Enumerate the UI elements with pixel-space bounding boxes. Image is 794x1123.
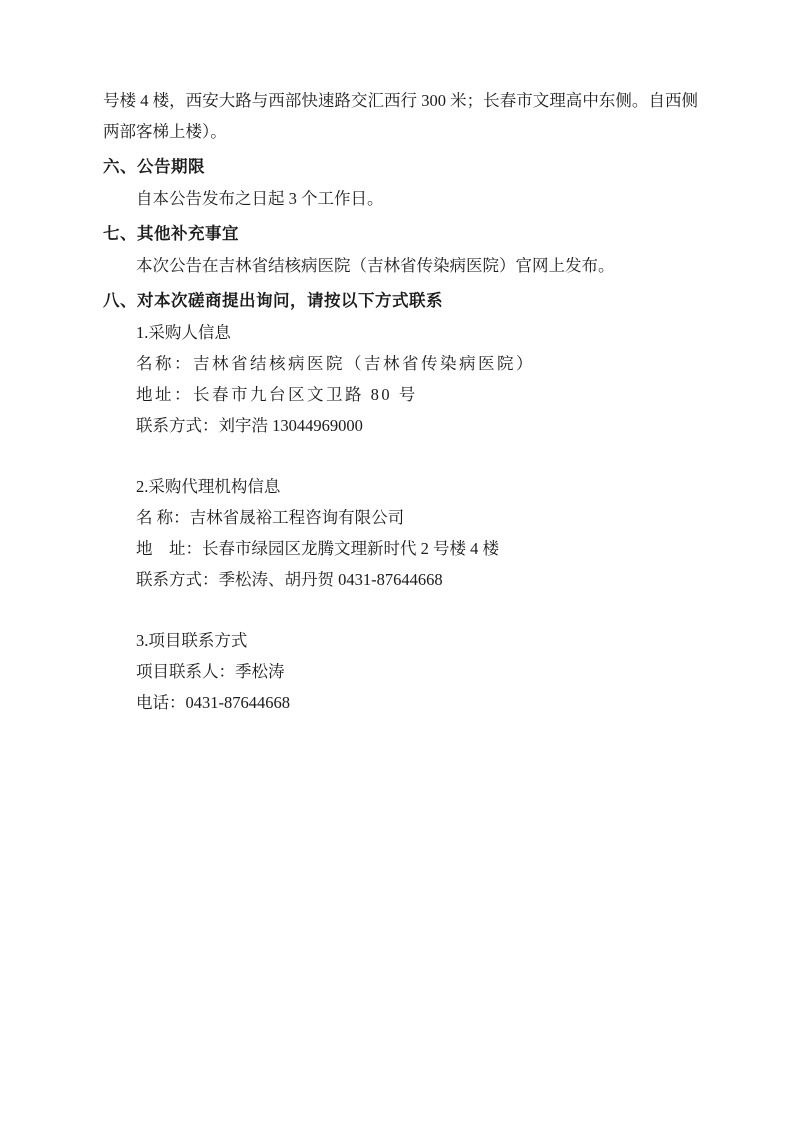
paragraph-announcement-period: 自本公告发布之日起 3 个工作日。 bbox=[103, 183, 698, 214]
blank-line bbox=[103, 595, 698, 625]
document-page: 号楼 4 楼，西安大路与西部快速路交汇西行 300 米；长春市文理高中东侧。自西… bbox=[0, 0, 794, 1123]
agency-name: 名 称：吉林省晟裕工程咨询有限公司 bbox=[103, 502, 698, 533]
agency-info-title: 2.采购代理机构信息 bbox=[103, 471, 698, 502]
heading-section-6-announcement-period: 六、公告期限 bbox=[103, 152, 698, 183]
project-contact-person: 项目联系人：季松涛 bbox=[103, 656, 698, 687]
project-contact-phone: 电话：0431-87644668 bbox=[103, 687, 698, 718]
purchaser-address: 地址：长春市九台区文卫路 80 号 bbox=[103, 379, 698, 410]
heading-section-8-contact-methods: 八、对本次磋商提出询问，请按以下方式联系 bbox=[103, 286, 698, 317]
project-contact-title: 3.项目联系方式 bbox=[103, 625, 698, 656]
paragraph-address-continuation: 号楼 4 楼，西安大路与西部快速路交汇西行 300 米；长春市文理高中东侧。自西… bbox=[103, 85, 698, 147]
purchaser-contact: 联系方式：刘宇浩 13044969000 bbox=[103, 410, 698, 441]
agency-contact: 联系方式：季松涛、胡丹贺 0431-87644668 bbox=[103, 564, 698, 595]
blank-line bbox=[103, 441, 698, 471]
heading-section-7-other-matters: 七、其他补充事宜 bbox=[103, 219, 698, 250]
document-content: 号楼 4 楼，西安大路与西部快速路交汇西行 300 米；长春市文理高中东侧。自西… bbox=[103, 85, 698, 718]
purchaser-name: 名称：吉林省结核病医院（吉林省传染病医院） bbox=[103, 348, 698, 379]
purchaser-info-title: 1.采购人信息 bbox=[103, 317, 698, 348]
paragraph-other-matters: 本次公告在吉林省结核病医院（吉林省传染病医院）官网上发布。 bbox=[103, 250, 698, 281]
agency-address: 地 址：长春市绿园区龙腾文理新时代 2 号楼 4 楼 bbox=[103, 533, 698, 564]
